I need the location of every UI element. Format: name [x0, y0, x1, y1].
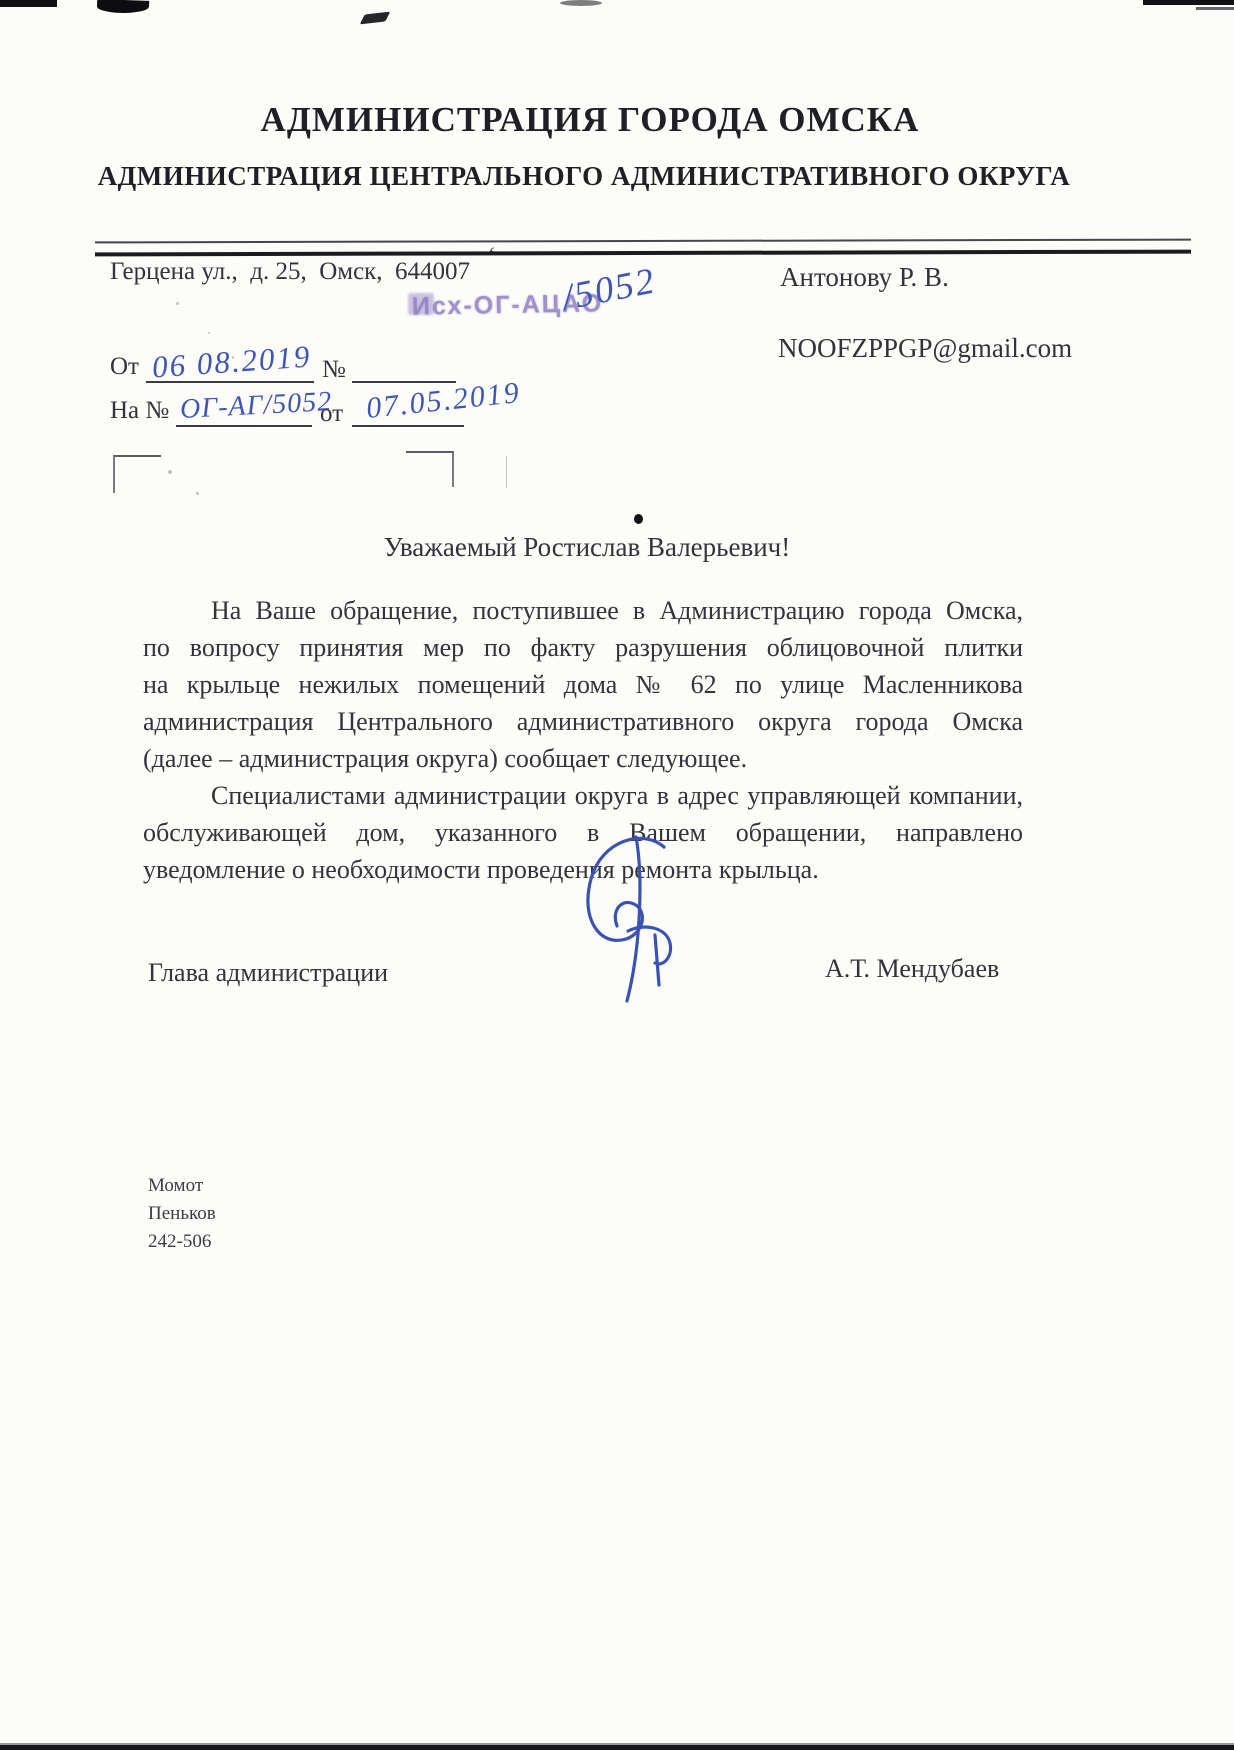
letterhead-org-title: АДМИНИСТРАЦИЯ ГОРОДА ОМСКА: [0, 100, 1234, 140]
handwritten-signature: [572, 833, 702, 1008]
scan-artifact-apostrophe: ʻ: [485, 243, 497, 271]
outgoing-date-underline: [146, 381, 314, 383]
incoming-date-handwritten: 07.05.2019: [365, 376, 523, 426]
letterhead-rule-thin: [95, 239, 1191, 244]
scan-speckle: [208, 332, 210, 334]
body-line: по вопросу принятия мер по факту разруше…: [143, 629, 1023, 666]
scan-artifact-top-right-bar: [1143, 0, 1234, 5]
scan-artifact-mark: [360, 12, 391, 25]
letterhead-rule-thick: [95, 250, 1191, 257]
salutation: Уважаемый Ростислав Валерьевич!: [0, 532, 1234, 563]
outgoing-date-label: От: [110, 353, 139, 381]
scan-artifact-dot: [634, 514, 643, 524]
scan-artifact-bottom-edge: [0, 1743, 1234, 1750]
body-line: (далее – администрация округа) сообщает …: [143, 740, 1023, 777]
executor-contact-line: 242-506: [148, 1228, 216, 1256]
executor-contact-line: Пеньков: [148, 1200, 216, 1228]
body-line: администрация Центрального административ…: [143, 703, 1023, 740]
executor-contact-line: Момот: [148, 1172, 216, 1200]
recipient-email: NOOFZPPGP@gmail.com: [778, 333, 1072, 364]
body-line: На Ваше обращение, поступившее в Админис…: [143, 592, 1023, 629]
address-zone-corner-right: [406, 451, 454, 487]
outgoing-date-handwritten: 06 08.2019: [151, 338, 313, 385]
scan-artifact-smudge: [560, 0, 602, 6]
sender-address: Герцена ул., д. 25, Омск, 644007: [110, 258, 470, 286]
incoming-date-label: от: [320, 400, 343, 428]
scanned-letter-page: ʻ АДМИНИСТРАЦИЯ ГОРОДА ОМСКА АДМИНИСТРАЦ…: [0, 0, 1234, 1750]
scan-artifact-thin-line: [506, 456, 507, 488]
recipient-name: Антонову Р. В.: [780, 262, 949, 293]
incoming-ref-label: На №: [110, 397, 169, 425]
outgoing-number-underline: [352, 381, 456, 383]
incoming-number-handwritten: ОГ-АГ/5052: [179, 386, 333, 426]
scan-speckle: [176, 302, 179, 305]
signatory-position: Глава администрации: [148, 958, 388, 988]
signatory-name: А.Т. Мендубаев: [825, 954, 999, 984]
scan-artifact-top-right-line: [1196, 7, 1234, 10]
outgoing-number-label: №: [322, 356, 346, 384]
scan-speckle: [196, 492, 199, 495]
body-line: Специалистами администрации округа в адр…: [143, 777, 1023, 814]
letterhead-dept-title: АДМИНИСТРАЦИЯ ЦЕНТРАЛЬНОГО АДМИНИСТРАТИВ…: [0, 161, 1234, 192]
scan-speckle: [168, 470, 172, 474]
body-line: на крыльце нежилых помещений дома № 62 п…: [143, 666, 1023, 703]
address-zone-corner-left: [113, 455, 161, 493]
executor-contacts: МомотПеньков242-506: [148, 1172, 216, 1256]
stamp-number-handwritten: /5052: [559, 259, 660, 319]
scan-artifact-ink-blob: [97, 0, 149, 14]
scan-artifact-top-left-bar: [0, 0, 57, 7]
incoming-number-underline: [176, 425, 312, 427]
